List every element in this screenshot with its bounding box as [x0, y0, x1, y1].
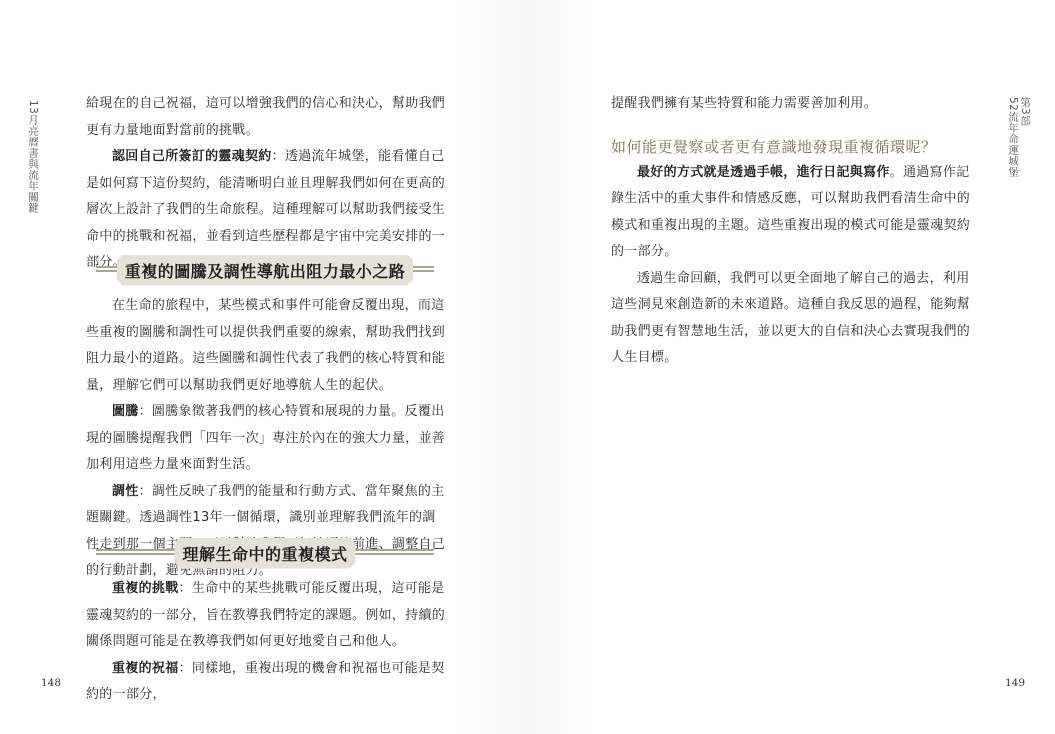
text-block-section2: 重複的挑戰：生命中的某些挑戰可能反覆出現，這可能是靈魂契約的一部分，旨在教導我們…	[86, 576, 448, 709]
text-block-right: 提醒我們擁有某些特質和能力需要善加利用。 如何能更覺察或者更有意識地發現重複循環…	[611, 91, 973, 372]
term-label: 調性	[112, 484, 139, 499]
term-text: ：圖騰象徵著我們的核心特質和展現的力量。反覆出現的圖騰提醒我們「四年一次」專注於…	[86, 404, 445, 472]
running-title: 13月亮曆書與流年關鍵	[27, 100, 39, 213]
term-label: 重複的挑戰	[112, 581, 179, 596]
left-page: 13月亮曆書與流年關鍵 給現在的自己祝福，這可以增強我們的信心和決心，幫助我們更…	[0, 0, 527, 734]
running-title-name: 52流年命運城堡	[1007, 97, 1019, 177]
paragraph-method: 最好的方式就是透過手帳，進行日記與寫作。通過寫作記錄生活中的重大事件和情感反應，…	[611, 160, 973, 266]
term-text: ：透過流年城堡，能看懂自己是如何寫下這份契約，能清晰明白並且理解我們如何在更高的…	[86, 149, 445, 270]
term-label: 重複的祝福	[112, 661, 179, 676]
paragraph-totem: 圖騰：圖騰象徵著我們的核心特質和展現的力量。反覆出現的圖騰提醒我們「四年一次」專…	[86, 399, 448, 479]
term-label: 最好的方式就是透過手帳，進行日記與寫作	[637, 165, 890, 180]
term-label: 認回自己所簽訂的靈魂契約	[112, 149, 272, 164]
section-heading: 理解生命中的重複模式	[96, 538, 434, 568]
paragraph-blessing: 重複的祝福：同樣地，重複出現的機會和祝福也可能是契約的一部分，	[86, 656, 448, 709]
term-label: 圖騰	[112, 404, 139, 419]
heading-label: 重複的圖騰及調性導航出阻力最小之路	[117, 255, 414, 286]
right-page: 第3部 52流年命運城堡 提醒我們擁有某些特質和能力需要善加利用。 如何能更覺察…	[527, 0, 1055, 734]
paragraph-review: 透過生命回顧，我們可以更全面地了解自己的過去，利用這些洞見來創造新的未來道路。這…	[611, 266, 973, 372]
heading-label: 理解生命中的重複模式	[174, 538, 355, 569]
page-number: 148	[41, 677, 61, 689]
subheading: 如何能更覺察或者更有意識地發現重複循環呢？	[611, 134, 973, 160]
paragraph-tone: 調性：調性反映了我們的能量和行動方式、當年聚焦的主題關鍵。透過調性13年一個循環…	[86, 479, 448, 585]
paragraph-challenge: 重複的挑戰：生命中的某些挑戰可能反覆出現，這可能是靈魂契約的一部分，旨在教導我們…	[86, 576, 448, 656]
text-block-top: 給現在的自己祝福，這可以增強我們的信心和決心，幫助我們更有力量地面對當前的挑戰。…	[86, 91, 448, 277]
page-number: 149	[1005, 677, 1025, 689]
paragraph: 給現在的自己祝福，這可以增強我們的信心和決心，幫助我們更有力量地面對當前的挑戰。	[86, 91, 448, 144]
gutter-shadow	[457, 0, 527, 734]
section-heading: 重複的圖騰及調性導航出阻力最小之路	[96, 255, 434, 285]
running-title: 第3部 52流年命運城堡	[1007, 97, 1031, 177]
gutter-shadow	[527, 0, 597, 734]
paragraph: 提醒我們擁有某些特質和能力需要善加利用。	[611, 91, 973, 118]
running-title-part: 第3部	[1019, 97, 1031, 177]
paragraph: 在生命的旅程中，某些模式和事件可能會反覆出現，而這些重複的圖騰和調性可以提供我們…	[86, 293, 448, 399]
